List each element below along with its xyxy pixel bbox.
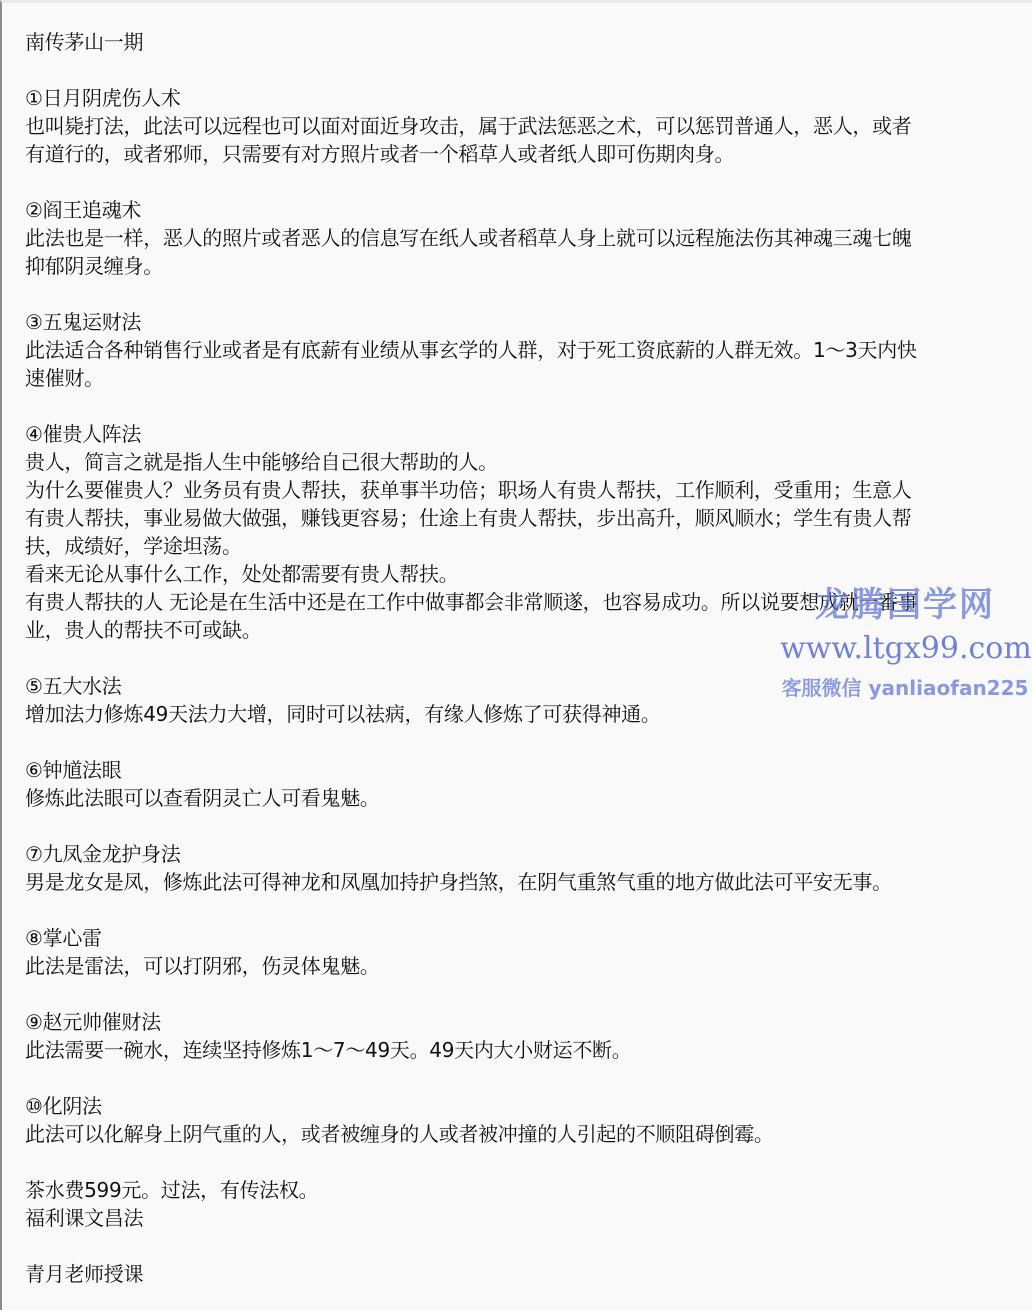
section-text: 此法可以化解身上阴气重的人，或者被缠身的人或者被冲撞的人引起的不顺阻碍倒霉。	[25, 1120, 1025, 1148]
spacer	[25, 1148, 1025, 1176]
spacer	[25, 896, 1025, 924]
section-2: ②阎王追魂术 此法也是一样，恶人的照片或者恶人的信息写在纸人或者稻草人身上就可以…	[25, 196, 1025, 280]
section-9: ⑨赵元帅催财法 此法需要一碗水，连续坚持修炼1～7～49天。49天内大小财运不断…	[25, 1008, 1025, 1064]
section-text: 速催财。	[25, 364, 1025, 392]
bonus-line: 福利课文昌法	[25, 1204, 1025, 1232]
spacer	[25, 168, 1025, 196]
spacer	[25, 280, 1025, 308]
section-heading: ⑩化阴法	[25, 1092, 1025, 1120]
section-3: ③五鬼运财法 此法适合各种销售行业或者是有底薪有业绩从事玄学的人群，对于死工资底…	[25, 308, 1025, 392]
section-heading: ④催贵人阵法	[25, 420, 1025, 448]
section-text: 有贵人帮扶，事业易做大做强，赚钱更容易；仕途上有贵人帮扶，步出高升，顺风顺水；学…	[25, 504, 1025, 532]
watermark-site-name: 龙腾国学网	[780, 585, 1030, 625]
section-text: 扶，成绩好，学途坦荡。	[25, 532, 1025, 560]
section-heading: ②阎王追魂术	[25, 196, 1025, 224]
watermark-url: www.ltgx99.com	[780, 629, 1030, 669]
spacer	[25, 728, 1025, 756]
section-heading: ⑧掌心雷	[25, 924, 1025, 952]
section-text: 为什么要催贵人？业务员有贵人帮扶，获单事半功倍；职场人有贵人帮扶，工作顺利，受重…	[25, 476, 1025, 504]
section-text: 此法适合各种销售行业或者是有底薪有业绩从事玄学的人群，对于死工资底薪的人群无效。…	[25, 336, 1025, 364]
spacer	[25, 56, 1025, 84]
section-heading: ①日月阴虎伤人术	[25, 84, 1025, 112]
section-text: 男是龙女是凤，修炼此法可得神龙和凤凰加持护身挡煞，在阴气重煞气重的地方做此法可平…	[25, 868, 1025, 896]
section-heading: ⑦九凤金龙护身法	[25, 840, 1025, 868]
document-title: 南传茅山一期	[25, 28, 1025, 56]
section-6: ⑥钟馗法眼 修炼此法眼可以查看阴灵亡人可看鬼魅。	[25, 756, 1025, 812]
watermark-wechat: 客服微信 yanliaofan225	[780, 673, 1030, 703]
section-1: ①日月阴虎伤人术 也叫毙打法，此法可以远程也可以面对面近身攻击，属于武法惩恶之术…	[25, 84, 1025, 168]
spacer	[25, 980, 1025, 1008]
section-heading: ⑨赵元帅催财法	[25, 1008, 1025, 1036]
watermark: 龙腾国学网 www.ltgx99.com 客服微信 yanliaofan225	[780, 585, 1030, 703]
teacher-line: 青月老师授课	[25, 1260, 1025, 1288]
section-text: 有道行的，或者邪师，只需要有对方照片或者一个稻草人或者纸人即可伤期肉身。	[25, 140, 1025, 168]
section-text: 看来无论从事什么工作，处处都需要有贵人帮扶。	[25, 560, 1025, 588]
section-text: 此法是雷法，可以打阴邪，伤灵体鬼魅。	[25, 952, 1025, 980]
section-heading: ⑥钟馗法眼	[25, 756, 1025, 784]
section-text: 增加法力修炼49天法力大增，同时可以祛病，有缘人修炼了可获得神通。	[25, 700, 1025, 728]
section-8: ⑧掌心雷 此法是雷法，可以打阴邪，伤灵体鬼魅。	[25, 924, 1025, 980]
section-text: 也叫毙打法，此法可以远程也可以面对面近身攻击，属于武法惩恶之术，可以惩罚普通人，…	[25, 112, 1025, 140]
spacer	[25, 1064, 1025, 1092]
section-text: 此法需要一碗水，连续坚持修炼1～7～49天。49天内大小财运不断。	[25, 1036, 1025, 1064]
section-text: 贵人，简言之就是指人生中能够给自己很大帮助的人。	[25, 448, 1025, 476]
spacer	[25, 392, 1025, 420]
section-10: ⑩化阴法 此法可以化解身上阴气重的人，或者被缠身的人或者被冲撞的人引起的不顺阻碍…	[25, 1092, 1025, 1148]
section-text: 此法也是一样，恶人的照片或者恶人的信息写在纸人或者稻草人身上就可以远程施法伤其神…	[25, 224, 1025, 252]
spacer	[25, 812, 1025, 840]
section-7: ⑦九凤金龙护身法 男是龙女是凤，修炼此法可得神龙和凤凰加持护身挡煞，在阴气重煞气…	[25, 840, 1025, 896]
spacer	[25, 1232, 1025, 1260]
fee-line: 茶水费599元。过法，有传法权。	[25, 1176, 1025, 1204]
section-heading: ③五鬼运财法	[25, 308, 1025, 336]
section-text: 抑郁阴灵缠身。	[25, 252, 1025, 280]
section-text: 修炼此法眼可以查看阴灵亡人可看鬼魅。	[25, 784, 1025, 812]
